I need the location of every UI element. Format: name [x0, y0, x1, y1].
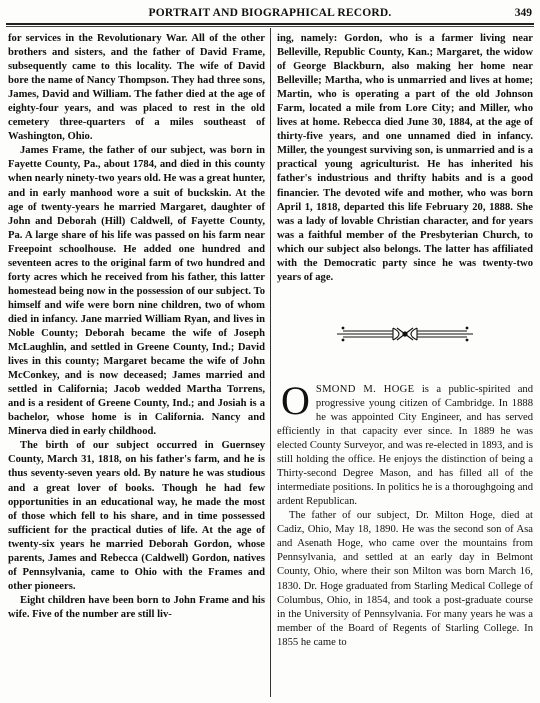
- paragraph: Eight children have been born to John Fr…: [8, 594, 265, 622]
- ornament-divider-icon: [335, 323, 475, 345]
- header-rule: [6, 23, 534, 27]
- page-number: 349: [515, 7, 532, 19]
- subject-name: SMOND M. HOGE: [316, 384, 415, 395]
- paragraph: The birth of our subject occurred in Gue…: [8, 439, 265, 594]
- column-divider: [270, 28, 271, 697]
- paragraph: for services in the Revolutionary War. A…: [8, 32, 265, 144]
- paragraph: The father of our subject, Dr. Milton Ho…: [277, 509, 533, 649]
- biography-entry: OSMOND M. HOGE is a public-spirited and …: [277, 383, 533, 650]
- left-column: for services in the Revolutionary War. A…: [8, 32, 265, 622]
- right-column: ing, namely: Gordon, who is a farmer liv…: [277, 32, 533, 650]
- paragraph-text: is a public-spirited and progressive you…: [277, 384, 533, 507]
- paragraph: James Frame, the father of our subject, …: [8, 144, 265, 439]
- page-header: PORTRAIT AND BIOGRAPHICAL RECORD. 349: [8, 0, 532, 24]
- drop-cap: O: [281, 385, 310, 417]
- paragraph: ing, namely: Gordon, who is a farmer liv…: [277, 32, 533, 285]
- paragraph: OSMOND M. HOGE is a public-spirited and …: [277, 383, 533, 509]
- running-title: PORTRAIT AND BIOGRAPHICAL RECORD.: [8, 7, 532, 19]
